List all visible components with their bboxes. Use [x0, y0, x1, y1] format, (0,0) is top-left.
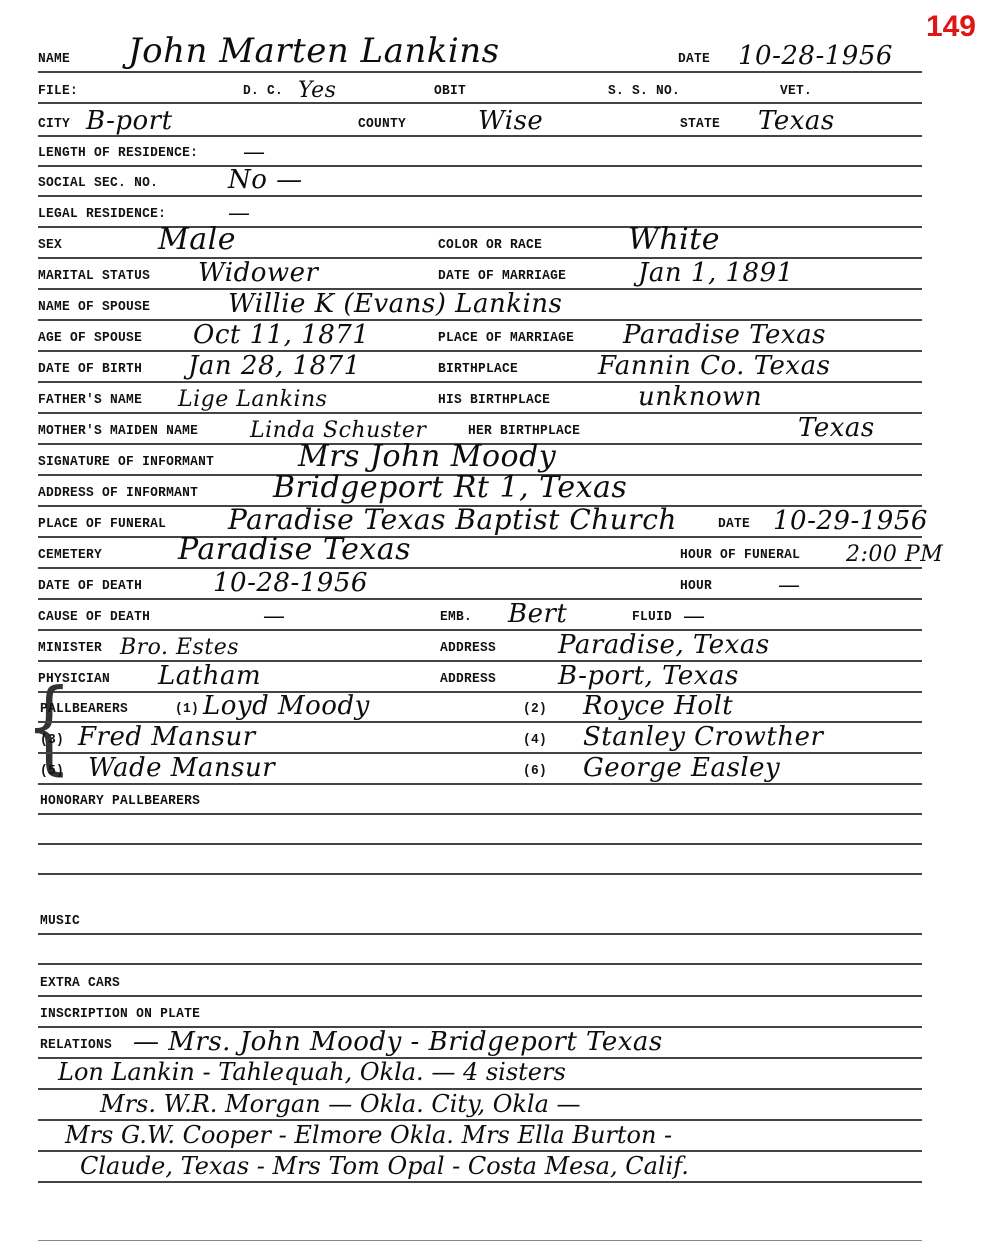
- obit-label: OBIT: [434, 83, 466, 99]
- place-of-marriage-value: Paradise Texas: [623, 320, 826, 350]
- fluid-value: —: [683, 604, 706, 629]
- her-birthplace-value: Texas: [798, 413, 875, 443]
- emb-label: EMB.: [440, 609, 472, 625]
- row-name: NAME John Marten Lankins DATE 10-28-1956: [38, 40, 922, 71]
- honorary-pallbearers-label: HONORARY PALLBEARERS: [40, 793, 200, 809]
- address-of-informant-value: Bridgeport Rt 1, Texas: [273, 470, 627, 505]
- marital-status-label: MARITAL STATUS: [38, 268, 150, 284]
- birthplace-value: Fannin Co. Texas: [598, 351, 830, 381]
- row-date-of-birth: DATE OF BIRTH Jan 28, 1871 BIRTHPLACE Fa…: [38, 350, 922, 381]
- date-of-death-label: DATE OF DEATH: [38, 578, 142, 594]
- pallbearer-5-name: Wade Mansur: [88, 753, 275, 783]
- dc-label: D. C.: [243, 83, 283, 99]
- relations-line-5: Claude, Texas - Mrs Tom Opal - Costa Mes…: [80, 1152, 689, 1180]
- name-of-spouse-label: NAME OF SPOUSE: [38, 299, 150, 315]
- date-of-marriage-value: Jan 1, 1891: [638, 258, 794, 288]
- sex-label: SEX: [38, 237, 62, 253]
- relations-line-2: Lon Lankin - Tahlequah, Okla. — 4 sister…: [58, 1058, 566, 1086]
- address-of-informant-label: ADDRESS OF INFORMANT: [38, 485, 198, 501]
- row-social-sec: SOCIAL SEC. NO. No —: [38, 164, 922, 195]
- row-relations: RELATIONS — Mrs. John Moody - Bridgeport…: [38, 1026, 922, 1057]
- physician-address-value: B-port, Texas: [558, 661, 739, 691]
- legal-residence-label: LEGAL RESIDENCE:: [38, 206, 166, 222]
- pallbearer-6-name: George Easley: [583, 753, 780, 783]
- row-extra-cars: EXTRA CARS: [38, 964, 922, 995]
- date-value: 10-28-1956: [738, 41, 893, 71]
- minister-address-label: ADDRESS: [440, 640, 496, 656]
- signature-of-informant-label: SIGNATURE OF INFORMANT: [38, 454, 214, 470]
- pallbearer-1-name: Loyd Moody: [203, 691, 370, 721]
- music-label: MUSIC: [40, 913, 80, 929]
- page-number: 149: [926, 10, 976, 44]
- city-value: B-port: [86, 106, 173, 136]
- pallbearers-label: PALLBEARERS: [40, 701, 128, 717]
- pallbearer-3-name: Fred Mansur: [78, 722, 256, 752]
- cemetery-value: Paradise Texas: [178, 532, 411, 567]
- his-birthplace-value: unknown: [638, 382, 762, 412]
- hour-of-funeral-value: 2:00 PM: [846, 542, 943, 567]
- minister-address-value: Paradise, Texas: [558, 630, 770, 660]
- row-date-of-death: DATE OF DEATH 10-28-1956 HOUR —: [38, 567, 922, 598]
- pallbearer-5-num: (5): [40, 763, 64, 779]
- place-of-funeral-label: PLACE OF FUNERAL: [38, 516, 166, 532]
- state-value: Texas: [758, 106, 835, 136]
- city-label: CITY: [38, 116, 70, 132]
- row-music: MUSIC: [38, 902, 922, 933]
- color-or-race-label: COLOR OR RACE: [438, 237, 542, 253]
- row-fathers-name: FATHER'S NAME Lige Lankins HIS BIRTHPLAC…: [38, 381, 922, 412]
- cause-of-death-label: CAUSE OF DEATH: [38, 609, 150, 625]
- pallbearer-3-num: (3): [40, 732, 64, 748]
- social-sec-label: SOCIAL SEC. NO.: [38, 175, 158, 191]
- date-of-birth-value: Jan 28, 1871: [188, 351, 361, 381]
- county-value: Wise: [478, 106, 543, 136]
- county-label: COUNTY: [358, 116, 406, 132]
- row-cause-of-death: CAUSE OF DEATH — EMB. Bert FLUID —: [38, 598, 922, 629]
- fathers-name-value: Lige Lankins: [178, 387, 327, 412]
- pallbearer-4-name: Stanley Crowther: [583, 722, 823, 752]
- hour-of-funeral-label: HOUR OF FUNERAL: [680, 547, 800, 563]
- name-label: NAME: [38, 51, 70, 67]
- hour-label: HOUR: [680, 578, 712, 594]
- date-of-death-value: 10-28-1956: [213, 568, 368, 598]
- name-of-spouse-value: Willie K (Evans) Lankins: [228, 289, 562, 319]
- row-file: FILE: D. C. Yes OBIT S. S. NO. VET.: [38, 72, 922, 103]
- row-physician: PHYSICIAN Latham ADDRESS B-port, Texas: [38, 660, 922, 691]
- funeral-date-label: DATE: [718, 516, 750, 532]
- mothers-maiden-name-label: MOTHER'S MAIDEN NAME: [38, 423, 198, 439]
- physician-value: Latham: [158, 661, 261, 691]
- ss-no-label: S. S. NO.: [608, 83, 680, 99]
- row-pallbearers-3-4: (3) Fred Mansur (4) Stanley Crowther: [38, 721, 922, 752]
- signature-of-informant-value: Mrs John Moody: [298, 439, 556, 474]
- funeral-date-value: 10-29-1956: [773, 506, 928, 536]
- length-of-residence-value: —: [243, 140, 266, 165]
- row-minister: MINISTER Bro. Estes ADDRESS Paradise, Te…: [38, 629, 922, 660]
- state-label: STATE: [680, 116, 720, 132]
- date-label: DATE: [678, 51, 710, 67]
- birthplace-label: BIRTHPLACE: [438, 361, 518, 377]
- fathers-name-label: FATHER'S NAME: [38, 392, 142, 408]
- pallbearer-2-name: Royce Holt: [583, 691, 733, 721]
- relations-line-4: Mrs G.W. Cooper - Elmore Okla. Mrs Ella …: [65, 1121, 672, 1149]
- date-of-marriage-label: DATE OF MARRIAGE: [438, 268, 566, 284]
- row-cemetery: CEMETERY Paradise Texas HOUR OF FUNERAL …: [38, 536, 922, 567]
- pallbearer-6-num: (6): [523, 763, 547, 779]
- row-pallbearers-1-2: PALLBEARERS (1) Loyd Moody (2) Royce Hol…: [38, 690, 922, 721]
- physician-address-label: ADDRESS: [440, 671, 496, 687]
- row-address-of-informant: ADDRESS OF INFORMANT Bridgeport Rt 1, Te…: [38, 474, 922, 505]
- place-of-marriage-label: PLACE OF MARRIAGE: [438, 330, 574, 346]
- emb-value: Bert: [508, 599, 567, 629]
- minister-label: MINISTER: [38, 640, 102, 656]
- cemetery-label: CEMETERY: [38, 547, 102, 563]
- her-birthplace-label: HER BIRTHPLACE: [468, 423, 580, 439]
- row-honorary-pallbearers: HONORARY PALLBEARERS: [38, 782, 922, 813]
- relations-label: RELATIONS: [40, 1037, 112, 1053]
- fluid-label: FLUID: [632, 609, 672, 625]
- age-of-spouse-label: AGE OF SPOUSE: [38, 330, 142, 346]
- pallbearer-2-num: (2): [523, 701, 547, 717]
- hour-value: —: [778, 573, 801, 598]
- name-value: John Marten Lankins: [128, 31, 500, 71]
- inscription-on-plate-label: INSCRIPTION ON PLATE: [40, 1006, 200, 1022]
- row-name-of-spouse: NAME OF SPOUSE Willie K (Evans) Lankins: [38, 288, 922, 319]
- row-city: CITY B-port COUNTY Wise STATE Texas: [38, 105, 922, 136]
- color-or-race-value: White: [628, 222, 720, 257]
- row-place-of-funeral: PLACE OF FUNERAL Paradise Texas Baptist …: [38, 505, 922, 536]
- his-birthplace-label: HIS BIRTHPLACE: [438, 392, 550, 408]
- marital-status-value: Widower: [198, 258, 318, 288]
- relations-line-3: Mrs. W.R. Morgan — Okla. City, Okla —: [100, 1090, 581, 1118]
- row-pallbearers-5-6: (5) Wade Mansur (6) George Easley: [38, 752, 922, 783]
- row-marital-status: MARITAL STATUS Widower DATE OF MARRIAGE …: [38, 257, 922, 288]
- relations-line-1: — Mrs. John Moody - Bridgeport Texas: [133, 1027, 663, 1057]
- date-of-birth-label: DATE OF BIRTH: [38, 361, 142, 377]
- row-length-of-residence: LENGTH OF RESIDENCE: —: [38, 134, 922, 165]
- social-sec-value: No —: [228, 165, 303, 195]
- row-age-of-spouse: AGE OF SPOUSE Oct 11, 1871 PLACE OF MARR…: [38, 319, 922, 350]
- pallbearer-1-num: (1): [175, 701, 199, 717]
- row-inscription-on-plate: INSCRIPTION ON PLATE: [38, 995, 922, 1026]
- cause-of-death-value: —: [263, 604, 286, 629]
- minister-value: Bro. Estes: [120, 635, 239, 660]
- length-of-residence-label: LENGTH OF RESIDENCE:: [38, 145, 198, 161]
- vet-label: VET.: [780, 83, 812, 99]
- pallbearer-4-num: (4): [523, 732, 547, 748]
- dc-value: Yes: [298, 78, 336, 103]
- sex-value: Male: [158, 222, 236, 257]
- file-label: FILE:: [38, 83, 78, 99]
- row-sex: SEX Male COLOR OR RACE White: [38, 226, 922, 257]
- extra-cars-label: EXTRA CARS: [40, 975, 120, 991]
- age-of-spouse-value: Oct 11, 1871: [193, 320, 369, 350]
